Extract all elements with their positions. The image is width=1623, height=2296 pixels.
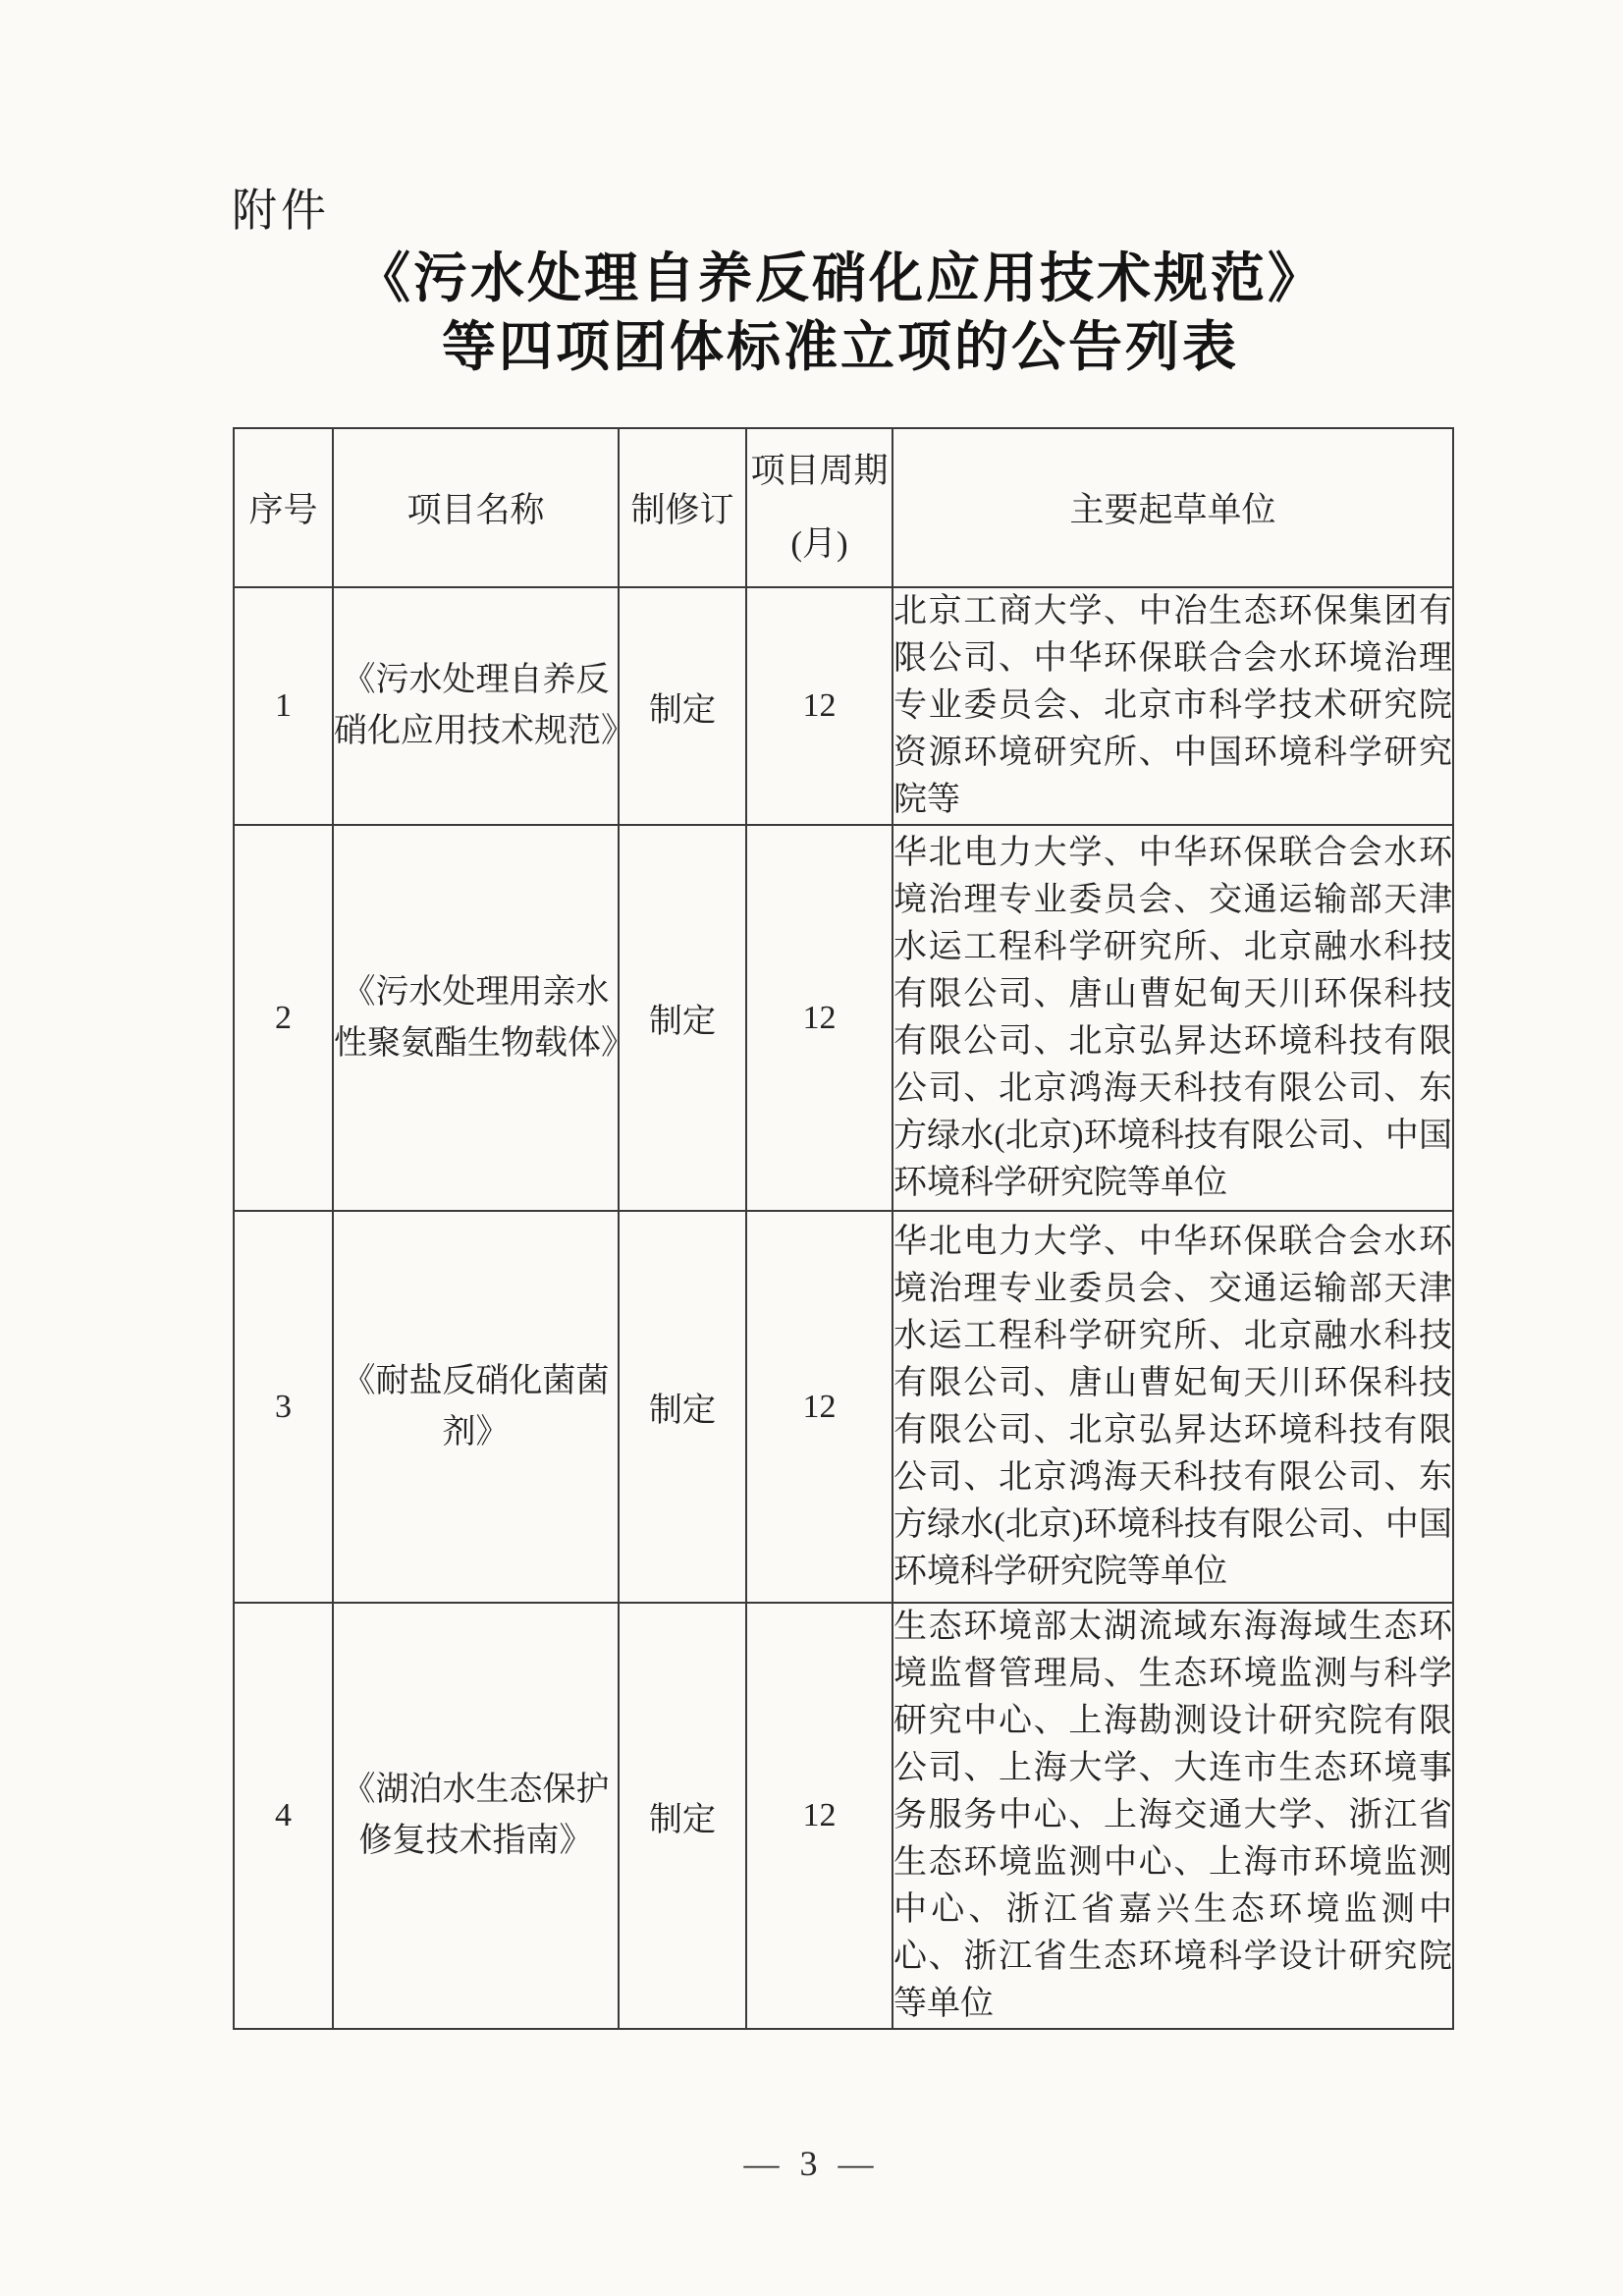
row-type: 制定: [619, 825, 746, 1211]
row-type: 制定: [619, 1211, 746, 1603]
document-page: 附件 《污水处理自养反硝化应用技术规范》 等四项团体标准立项的公告列表 序号 项…: [0, 0, 1623, 2296]
row-project-name: 《耐盐反硝化菌菌剂》: [333, 1211, 619, 1603]
row-type: 制定: [619, 1603, 746, 2029]
row-no: 2: [234, 825, 333, 1211]
page-title-line-1: 《污水处理自养反硝化应用技术规范》: [202, 244, 1479, 312]
header-drafting-units: 主要起草单位: [893, 428, 1453, 587]
row-drafting-units: 生态环境部太湖流域东海海域生态环境监督管理局、生态环境监测与科学研究中心、上海勘…: [893, 1603, 1453, 2029]
row-drafting-units: 北京工商大学、中冶生态环保集团有限公司、中华环保联合会水环境治理专业委员会、北京…: [893, 587, 1453, 825]
row-no: 4: [234, 1603, 333, 2029]
table-header-row: 序号 项目名称 制修订 项目周期 (月) 主要起草单位: [234, 428, 1453, 587]
standards-table: 序号 项目名称 制修订 项目周期 (月) 主要起草单位 1 《污水处理自养反硝化…: [233, 427, 1454, 2030]
row-no: 3: [234, 1211, 333, 1603]
header-type: 制修订: [619, 428, 746, 587]
table-row: 4 《湖泊水生态保护修复技术指南》 制定 12 生态环境部太湖流域东海海域生态环…: [234, 1603, 1453, 2029]
page-title-line-2: 等四项团体标准立项的公告列表: [202, 312, 1479, 381]
attachment-label: 附件: [232, 175, 330, 240]
page-title: 《污水处理自养反硝化应用技术规范》 等四项团体标准立项的公告列表: [202, 244, 1479, 381]
header-period: 项目周期 (月): [746, 428, 893, 587]
table-row: 1 《污水处理自养反硝化应用技术规范》 制定 12 北京工商大学、中冶生态环保集…: [234, 587, 1453, 825]
row-project-name: 《污水处理用亲水性聚氨酯生物载体》: [333, 825, 619, 1211]
header-no: 序号: [234, 428, 333, 587]
header-project-name: 项目名称: [333, 428, 619, 587]
table-row: 3 《耐盐反硝化菌菌剂》 制定 12 华北电力大学、中华环保联合会水环境治理专业…: [234, 1211, 1453, 1603]
row-project-name: 《湖泊水生态保护修复技术指南》: [333, 1603, 619, 2029]
page-number: — 3 —: [0, 2143, 1623, 2184]
row-type: 制定: [619, 587, 746, 825]
row-no: 1: [234, 587, 333, 825]
header-period-line-2: (月): [747, 508, 892, 580]
row-period: 12: [746, 825, 893, 1211]
row-period: 12: [746, 1603, 893, 2029]
row-drafting-units: 华北电力大学、中华环保联合会水环境治理专业委员会、交通运输部天津水运工程科学研究…: [893, 1211, 1453, 1603]
table-row: 2 《污水处理用亲水性聚氨酯生物载体》 制定 12 华北电力大学、中华环保联合会…: [234, 825, 1453, 1211]
row-project-name: 《污水处理自养反硝化应用技术规范》: [333, 587, 619, 825]
row-period: 12: [746, 1211, 893, 1603]
row-period: 12: [746, 587, 893, 825]
row-drafting-units: 华北电力大学、中华环保联合会水环境治理专业委员会、交通运输部天津水运工程科学研究…: [893, 825, 1453, 1211]
header-period-line-1: 项目周期: [747, 435, 892, 508]
